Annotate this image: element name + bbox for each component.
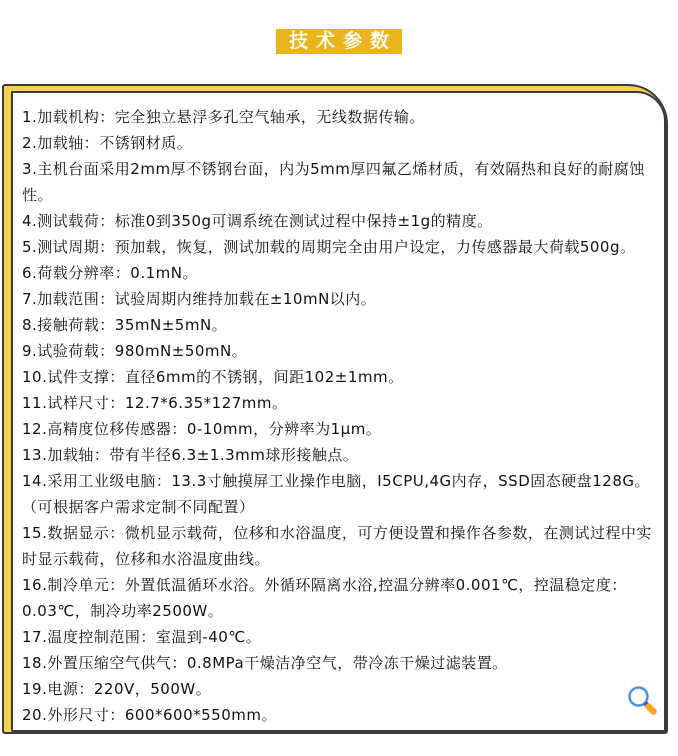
spec-item: 11.试样尺寸：12.7*6.35*127mm。 [22,390,654,416]
spec-item: 6.荷载分辨率：0.1mN。 [22,260,654,286]
page-title: 技术参数 [276,29,402,54]
spec-item: 13.加载轴：带有半径6.3±1.3mm球形接触点。 [22,442,654,468]
spec-item: 2.加载轴：不锈钢材质。 [22,130,654,156]
spec-item: 10.试件支撑：直径6mm的不锈钢，间距102±1mm。 [22,364,654,390]
spec-item: 8.接触荷载：35mN±5mN。 [22,312,654,338]
spec-item: 15.数据显示：微机显示载荷，位移和水浴温度，可方便设置和操作各参数，在测试过程… [22,520,654,572]
spec-item: 16.制冷单元：外置低温循环水浴。外循环隔离水浴,控温分辨率0.001℃，控温稳… [22,572,654,624]
spec-list: 1.加载机构：完全独立悬浮多孔空气轴承，无线数据传输。2.加载轴：不锈钢材质。3… [22,104,654,728]
page: 技术参数 1.加载机构：完全独立悬浮多孔空气轴承，无线数据传输。2.加载轴：不锈… [0,0,678,756]
spec-item: 1.加载机构：完全独立悬浮多孔空气轴承，无线数据传输。 [22,104,654,130]
spec-item: 18.外置压缩空气供气：0.8MPa干燥洁净空气，带冷冻干燥过滤装置。 [22,650,654,676]
spec-item: 20.外形尺寸：600*600*550mm。 [22,702,654,728]
spec-panel-frame: 1.加载机构：完全独立悬浮多孔空气轴承，无线数据传输。2.加载轴：不锈钢材质。3… [2,84,668,734]
spec-item: 14.采用工业级电脑：13.3寸触摸屏工业操作电脑，I5CPU,4G内存，SSD… [22,468,654,520]
spec-item: 9.试验荷载：980mN±50mN。 [22,338,654,364]
spec-item: 5.测试周期：预加载，恢复，测试加载的周期完全由用户设定，力传感器最大荷载500… [22,234,654,260]
spec-item: 7.加载范围：试验周期内维持加载在±10mN以内。 [22,286,654,312]
spec-item: 3.主机台面采用2mm厚不锈钢台面，内为5mm厚四氟乙烯材质，有效隔热和良好的耐… [22,156,654,208]
search-icon[interactable] [625,684,659,718]
spec-item: 17.温度控制范围：室温到-40℃。 [22,624,654,650]
spec-item: 19.电源：220V，500W。 [22,676,654,702]
spec-panel: 1.加载机构：完全独立悬浮多孔空气轴承，无线数据传输。2.加载轴：不锈钢材质。3… [11,91,666,732]
spec-item: 12.高精度位移传感器：0-10mm，分辨率为1μm。 [22,416,654,442]
spec-item: 4.测试载荷：标准0到350g可调系统在测试过程中保持±1g的精度。 [22,208,654,234]
